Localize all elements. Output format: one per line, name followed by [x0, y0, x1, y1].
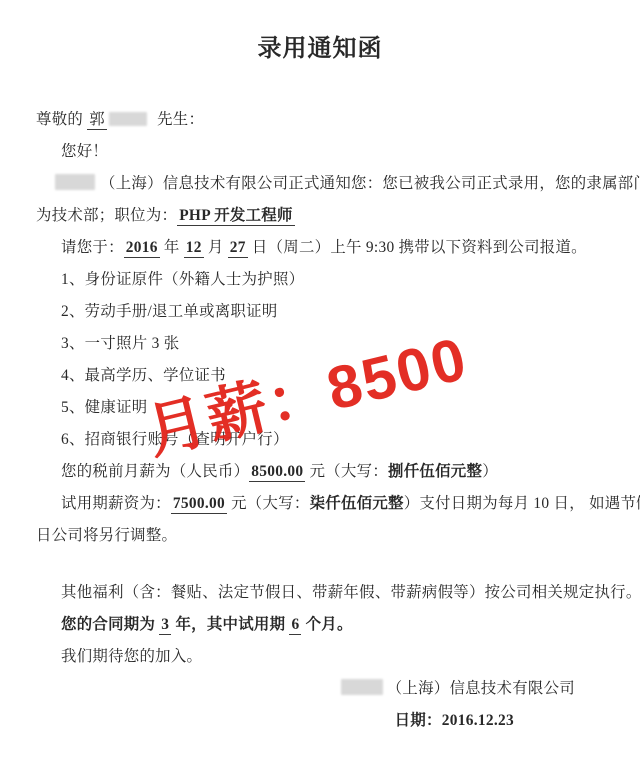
redacted-signature-blur	[341, 679, 383, 695]
contract-suffix: 个月。	[301, 616, 352, 633]
list-item-4: 4、最高学历、学位证书	[61, 360, 612, 392]
intro-line-2: 为技术部；职位为：PHP 开发工程师	[36, 200, 612, 232]
contract-term-line: 您的合同期为 3 年，其中试用期 6 个月。	[61, 609, 612, 641]
signature-company: （上海）信息技术有限公司	[387, 680, 575, 697]
redacted-company-blur	[55, 174, 95, 190]
list-item-2: 2、劳动手册/退工单或离职证明	[61, 296, 612, 328]
contract-prefix: 您的合同期为	[61, 616, 159, 633]
contract-years: 3	[159, 616, 171, 635]
intro-text-1: （上海）信息技术有限公司正式通知您：您已被我公司正式录用，您的隶属部门	[100, 175, 640, 192]
salary-line: 您的税前月薪为（人民币）8500.00 元（大写：捌仟伍佰元整）	[61, 456, 612, 488]
salary-suffix: ）	[482, 463, 498, 480]
report-seg1: 年	[160, 239, 184, 256]
offer-letter-page: 录用通知函 尊敬的 郭 先生： 您好！ （上海）信息技术有限公司正式通知您：您已…	[0, 0, 640, 759]
list-item-3: 3、一寸照片 3 张	[61, 328, 612, 360]
probation-months: 6	[289, 616, 301, 635]
probation-prefix: 试用期薪资为：	[61, 495, 171, 512]
salary-mid: 元（大写：	[305, 463, 388, 480]
report-day: 27	[228, 239, 248, 258]
job-position: PHP 开发工程师	[177, 207, 294, 226]
report-prefix: 请您于：	[61, 239, 124, 256]
salary-prefix: 您的税前月薪为（人民币）	[61, 463, 249, 480]
list-item-5: 5、健康证明	[61, 392, 612, 424]
list-item-6: 6、招商银行账号（查明开户行）	[61, 424, 612, 456]
report-seg2: 月	[204, 239, 228, 256]
signature-line: （上海）信息技术有限公司	[36, 673, 575, 705]
hello-line: 您好！	[61, 136, 612, 168]
probation-line-2: 日公司将另行调整。	[36, 520, 612, 552]
intro-text-2: 为技术部；职位为：	[36, 207, 177, 224]
date-line: 日期：2016.12.23	[36, 705, 514, 737]
letter-body: 尊敬的 郭 先生： 您好！ （上海）信息技术有限公司正式通知您：您已被我公司正式…	[36, 104, 612, 737]
report-date-line: 请您于：2016 年 12 月 27 日（周二）上午 9:30 携带以下资料到公…	[61, 232, 612, 264]
probation-amount: 7500.00	[171, 495, 227, 514]
greeting-line: 尊敬的 郭 先生：	[36, 104, 612, 136]
report-month: 12	[184, 239, 204, 258]
salary-amount: 8500.00	[249, 463, 305, 482]
intro-line-1: （上海）信息技术有限公司正式通知您：您已被我公司正式录用，您的隶属部门	[55, 168, 612, 200]
probation-line-1: 试用期薪资为：7500.00 元（大写：柒仟伍佰元整）支付日期为每月 10 日，…	[61, 488, 612, 520]
list-item-1: 1、身份证原件（外籍人士为护照）	[61, 264, 612, 296]
probation-amount-chinese: 柒仟伍佰元整	[310, 495, 404, 512]
salary-amount-chinese: 捌仟伍佰元整	[388, 463, 482, 480]
date-value: 2016.12.23	[442, 712, 514, 729]
recipient-surname: 郭	[87, 111, 107, 130]
page-title: 录用通知函	[0, 34, 640, 64]
closing-line: 我们期待您的加入。	[61, 641, 612, 673]
greeting-suffix: 先生：	[153, 111, 204, 128]
probation-mid: 元（大写：	[227, 495, 310, 512]
report-suffix: 日（周二）上午 9:30 携带以下资料到公司报道。	[248, 239, 587, 256]
redacted-name-blur	[109, 112, 147, 126]
benefits-line: 其他福利（含：餐贴、法定节假日、带薪年假、带薪病假等）按公司相关规定执行。	[61, 577, 612, 609]
probation-suffix: ）支付日期为每月 10 日， 如遇节假	[404, 495, 640, 512]
greeting-prefix: 尊敬的	[36, 111, 87, 128]
contract-mid: 年，其中试用期	[171, 616, 289, 633]
report-year: 2016	[124, 239, 160, 258]
date-label: 日期：	[395, 712, 442, 729]
